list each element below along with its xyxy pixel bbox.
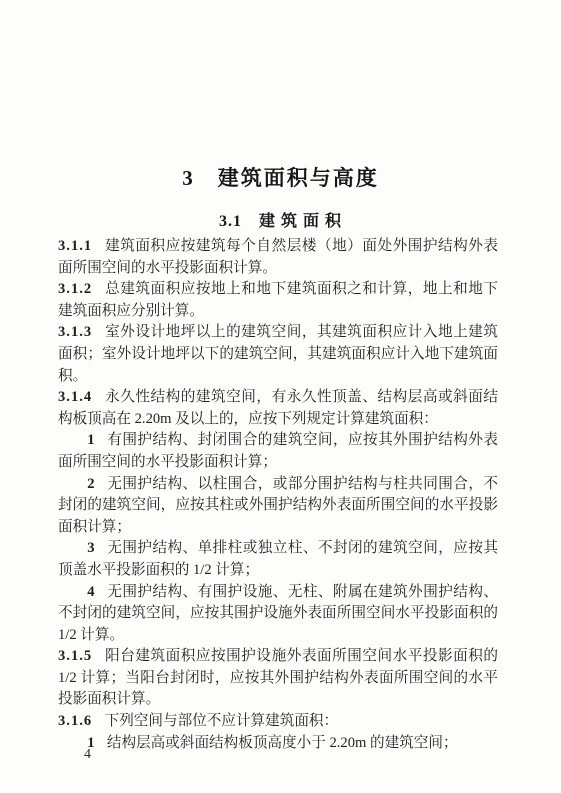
clause-text: 室外设计地坪以上的建筑空间，其建筑面积应计入地上建筑面积；室外设计地坪以下的建筑… <box>58 324 498 383</box>
clause-text: 下列空间与部位不应计算建筑面积： <box>105 713 339 729</box>
clause-3-1-6-item-1: 1结构层高或斜面结构板顶高度小于 2.20m 的建筑空间； <box>58 733 498 755</box>
clause-number: 3.1.3 <box>58 324 92 340</box>
clause-number: 3.1.1 <box>58 238 92 254</box>
clause-text: 永久性结构的建筑空间，有永久性顶盖、结构层高或斜面结构板顶高在 2.20m 及以… <box>58 389 498 427</box>
clause-number: 3.1.5 <box>58 648 92 664</box>
item-text: 无围护结构、以柱围合，或部分围护结构与柱共同围合，不封闭的建筑空间，应按其柱或外… <box>58 476 498 535</box>
clause-3-1-4-item-1: 1有围护结构、封闭围合的建筑空间，应按其外围护结构外表面所围空间的水平投影面积计… <box>58 430 498 473</box>
clause-3-1-4: 3.1.4永久性结构的建筑空间，有永久性顶盖、结构层高或斜面结构板顶高在 2.2… <box>58 387 498 430</box>
item-text: 无围护结构、有围护设施、无柱、附属在建筑外围护结构、不封闭的建筑空间，应按其围护… <box>58 584 498 643</box>
body-text: 3.1.1建筑面积应按建筑每个自然层楼（地）面处外围护结构外表面所围空间的水平投… <box>58 236 498 754</box>
item-number: 4 <box>87 584 94 600</box>
item-text: 无围护结构、单排柱或独立柱、不封闭的建筑空间，应按其顶盖水平投影面积的 1/2 … <box>58 540 498 578</box>
item-number: 2 <box>87 476 94 492</box>
item-text: 结构层高或斜面结构板顶高度小于 2.20m 的建筑空间； <box>107 735 458 751</box>
item-text: 有围护结构、封闭围合的建筑空间，应按其外围护结构外表面所围空间的水平投影面积计算… <box>58 432 498 470</box>
clause-3-1-4-item-3: 3无围护结构、单排柱或独立柱、不封闭的建筑空间，应按其顶盖水平投影面积的 1/2… <box>58 538 498 581</box>
clause-number: 3.1.4 <box>58 389 92 405</box>
clause-3-1-6: 3.1.6下列空间与部位不应计算建筑面积： <box>58 711 498 733</box>
clause-3-1-1: 3.1.1建筑面积应按建筑每个自然层楼（地）面处外围护结构外表面所围空间的水平投… <box>58 236 498 279</box>
chapter-title: 3 建筑面积与高度 <box>0 162 561 192</box>
clause-3-1-4-item-2: 2无围护结构、以柱围合，或部分围护结构与柱共同围合，不封闭的建筑空间，应按其柱或… <box>58 474 498 539</box>
section-title: 3.1 建 筑 面 积 <box>0 208 561 231</box>
clause-3-1-4-item-4: 4无围护结构、有围护设施、无柱、附属在建筑外围护结构、不封闭的建筑空间，应按其围… <box>58 582 498 647</box>
clause-3-1-3: 3.1.3室外设计地坪以上的建筑空间，其建筑面积应计入地上建筑面积；室外设计地坪… <box>58 322 498 387</box>
item-number: 3 <box>87 540 94 556</box>
document-page: 3 建筑面积与高度 3.1 建 筑 面 积 3.1.1建筑面积应按建筑每个自然层… <box>0 0 561 793</box>
clause-text: 阳台建筑面积应按围护设施外表面所围空间水平投影面积的 1/2 计算；当阳台封闭时… <box>58 648 498 707</box>
clause-number: 3.1.6 <box>58 713 92 729</box>
item-number: 1 <box>87 432 94 448</box>
page-number: 4 <box>84 747 91 763</box>
clause-3-1-2: 3.1.2总建筑面积应按地上和地下建筑面积之和计算，地上和地下建筑面积应分别计算… <box>58 279 498 322</box>
clause-3-1-5: 3.1.5阳台建筑面积应按围护设施外表面所围空间水平投影面积的 1/2 计算；当… <box>58 646 498 711</box>
clause-text: 建筑面积应按建筑每个自然层楼（地）面处外围护结构外表面所围空间的水平投影面积计算… <box>58 238 498 276</box>
clause-text: 总建筑面积应按地上和地下建筑面积之和计算，地上和地下建筑面积应分别计算。 <box>58 281 498 319</box>
clause-number: 3.1.2 <box>58 281 92 297</box>
